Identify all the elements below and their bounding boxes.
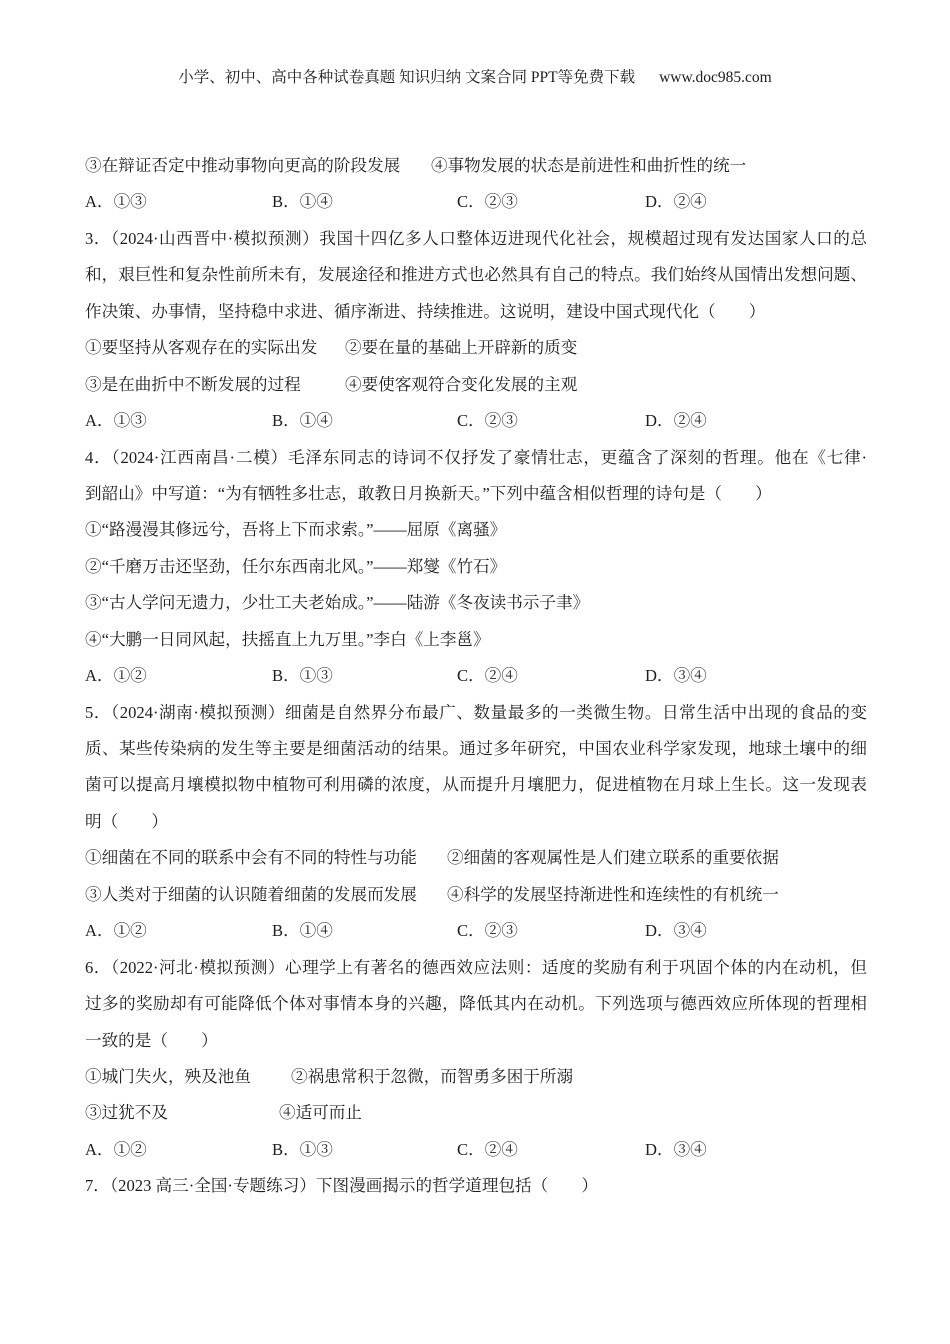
option-a: A．①② [85, 913, 147, 949]
option-d: D．③④ [645, 658, 707, 694]
q4-item-4: ④“大鹏一日同风起，扶摇直上九万里。”李白《上李邕》 [85, 622, 867, 658]
q5-statements-1-2: ①细菌在不同的联系中会有不同的特性与功能 ②细菌的客观属性是人们建立联系的重要依… [85, 840, 867, 876]
q4-text-line-2: 到韶山》中写道：“为有牺牲多壮志，敢教日月换新天。”下列中蕴含相似哲理的诗句是（… [85, 476, 867, 512]
statement-1: ①要坚持从客观存在的实际出发 [85, 338, 317, 357]
q6-text-line-1: 6．（2022·河北·模拟预测）心理学上有著名的德西效应法则：适度的奖励有利于巩… [85, 950, 867, 986]
q6-text-line-3: 一致的是（ ） [85, 1023, 867, 1059]
header-site-url: www.doc985.com [659, 68, 772, 88]
statement-1: ①城门失火，殃及池鱼 [85, 1067, 251, 1086]
q5-statements-3-4: ③人类对于细菌的认识随着细菌的发展而发展 ④科学的发展坚持渐进性和连续性的有机统… [85, 877, 867, 913]
document-page: 小学、初中、高中各种试卷真题 知识归纳 文案合同 PPT等免费下载 www.do… [0, 0, 950, 1344]
q3-text-line-2: 和，艰巨性和复杂性前所未有，发展途径和推进方式也必然具有自己的特点。我们始终从国… [85, 257, 867, 293]
option-b: B．①④ [272, 403, 333, 439]
option-c: C．②③ [457, 184, 518, 220]
statement-1: ①细菌在不同的联系中会有不同的特性与功能 [85, 848, 417, 867]
statement-3: ③人类对于细菌的认识随着细菌的发展而发展 [85, 885, 417, 904]
q3-text-line-3: 作决策、办事情，坚持稳中求进、循序渐进、持续推进。这说明，建设中国式现代化（ ） [85, 294, 867, 330]
option-d: D．②④ [645, 403, 707, 439]
statement-4: ④适可而止 [279, 1095, 362, 1131]
option-d: D．③④ [645, 913, 707, 949]
document-body: ③在辩证否定中推动事物向更高的阶段发展 ④事物发展的状态是前进性和曲折性的统一 … [85, 148, 867, 1205]
header-promo-text: 小学、初中、高中各种试卷真题 知识归纳 文案合同 PPT等免费下载 [178, 68, 635, 88]
q5-text-line-4: 明（ ） [85, 804, 867, 840]
q5-text-line-1: 5．（2024·湖南·模拟预测）细菌是自然界分布最广、数量最多的一类微生物。日常… [85, 695, 867, 731]
option-c: C．②③ [457, 913, 518, 949]
statement-2: ②细菌的客观属性是人们建立联系的重要依据 [447, 840, 779, 876]
option-b: B．①③ [272, 1132, 333, 1168]
page-header: 小学、初中、高中各种试卷真题 知识归纳 文案合同 PPT等免费下载 www.do… [0, 68, 950, 88]
statement-2: ②要在量的基础上开辟新的质变 [345, 330, 577, 366]
q5-text-line-3: 菌可以提高月壤模拟物中植物可利用磷的浓度，从而提升月壤肥力，促进植物在月球上生长… [85, 767, 867, 803]
option-d: D．②④ [645, 184, 707, 220]
statement-3: ③是在曲折中不断发展的过程 [85, 375, 301, 394]
q5-text-line-2: 质、某些传染病的发生等主要是细菌活动的结果。通过多年研究，中国农业科学家发现，地… [85, 731, 867, 767]
option-a: A．①③ [85, 403, 147, 439]
statement-3: ③过犹不及 [85, 1103, 168, 1122]
q4-options-row: A．①② B．①③ C．②④ D．③④ [85, 658, 867, 694]
option-b: B．①④ [272, 184, 333, 220]
option-c: C．②③ [457, 403, 518, 439]
statement-4: ④科学的发展坚持渐进性和连续性的有机统一 [447, 877, 779, 913]
option-b: B．①③ [272, 658, 333, 694]
option-a: A．①② [85, 658, 147, 694]
q3-statements-1-2: ①要坚持从客观存在的实际出发 ②要在量的基础上开辟新的质变 [85, 330, 867, 366]
q6-options-row: A．①② B．①③ C．②④ D．③④ [85, 1132, 867, 1168]
q5-options-row: A．①② B．①④ C．②③ D．③④ [85, 913, 867, 949]
q6-statements-1-2: ①城门失火，殃及池鱼 ②祸患常积于忽微，而智勇多困于所溺 [85, 1059, 867, 1095]
option-a: A．①③ [85, 184, 147, 220]
option-c: C．②④ [457, 1132, 518, 1168]
q6-statements-3-4: ③过犹不及 ④适可而止 [85, 1095, 867, 1131]
q2-statements-3-4: ③在辩证否定中推动事物向更高的阶段发展 ④事物发展的状态是前进性和曲折性的统一 [85, 148, 867, 184]
option-c: C．②④ [457, 658, 518, 694]
option-b: B．①④ [272, 913, 333, 949]
statement-3: ③在辩证否定中推动事物向更高的阶段发展 [85, 156, 400, 175]
q6-text-line-2: 过多的奖励却有可能降低个体对事情本身的兴趣，降低其内在动机。下列选项与德西效应所… [85, 986, 867, 1022]
q3-options-row: A．①③ B．①④ C．②③ D．②④ [85, 403, 867, 439]
q3-statements-3-4: ③是在曲折中不断发展的过程 ④要使客观符合变化发展的主观 [85, 367, 867, 403]
q4-item-2: ②“千磨万击还坚劲，任尔东西南北风。”——郑燮《竹石》 [85, 549, 867, 585]
q4-text-line-1: 4．（2024·江西南昌·二模）毛泽东同志的诗词不仅抒发了豪情壮志，更蕴含了深刻… [85, 440, 867, 476]
q2-options-row: A．①③ B．①④ C．②③ D．②④ [85, 184, 867, 220]
q4-item-3: ③“古人学问无遗力，少壮工夫老始成。”——陆游《冬夜读书示子聿》 [85, 585, 867, 621]
q7-text-line-1: 7．（2023 高三·全国·专题练习）下图漫画揭示的哲学道理包括（ ） [85, 1168, 867, 1204]
statement-2: ②祸患常积于忽微，而智勇多困于所溺 [291, 1059, 573, 1095]
q3-text-line-1: 3．（2024·山西晋中·模拟预测）我国十四亿多人口整体迈进现代化社会，规模超过… [85, 221, 867, 257]
statement-4: ④事物发展的状态是前进性和曲折性的统一 [431, 148, 746, 184]
option-d: D．③④ [645, 1132, 707, 1168]
q4-item-1: ①“路漫漫其修远兮，吾将上下而求索。”——屈原《离骚》 [85, 512, 867, 548]
statement-4: ④要使客观符合变化发展的主观 [345, 367, 577, 403]
option-a: A．①② [85, 1132, 147, 1168]
